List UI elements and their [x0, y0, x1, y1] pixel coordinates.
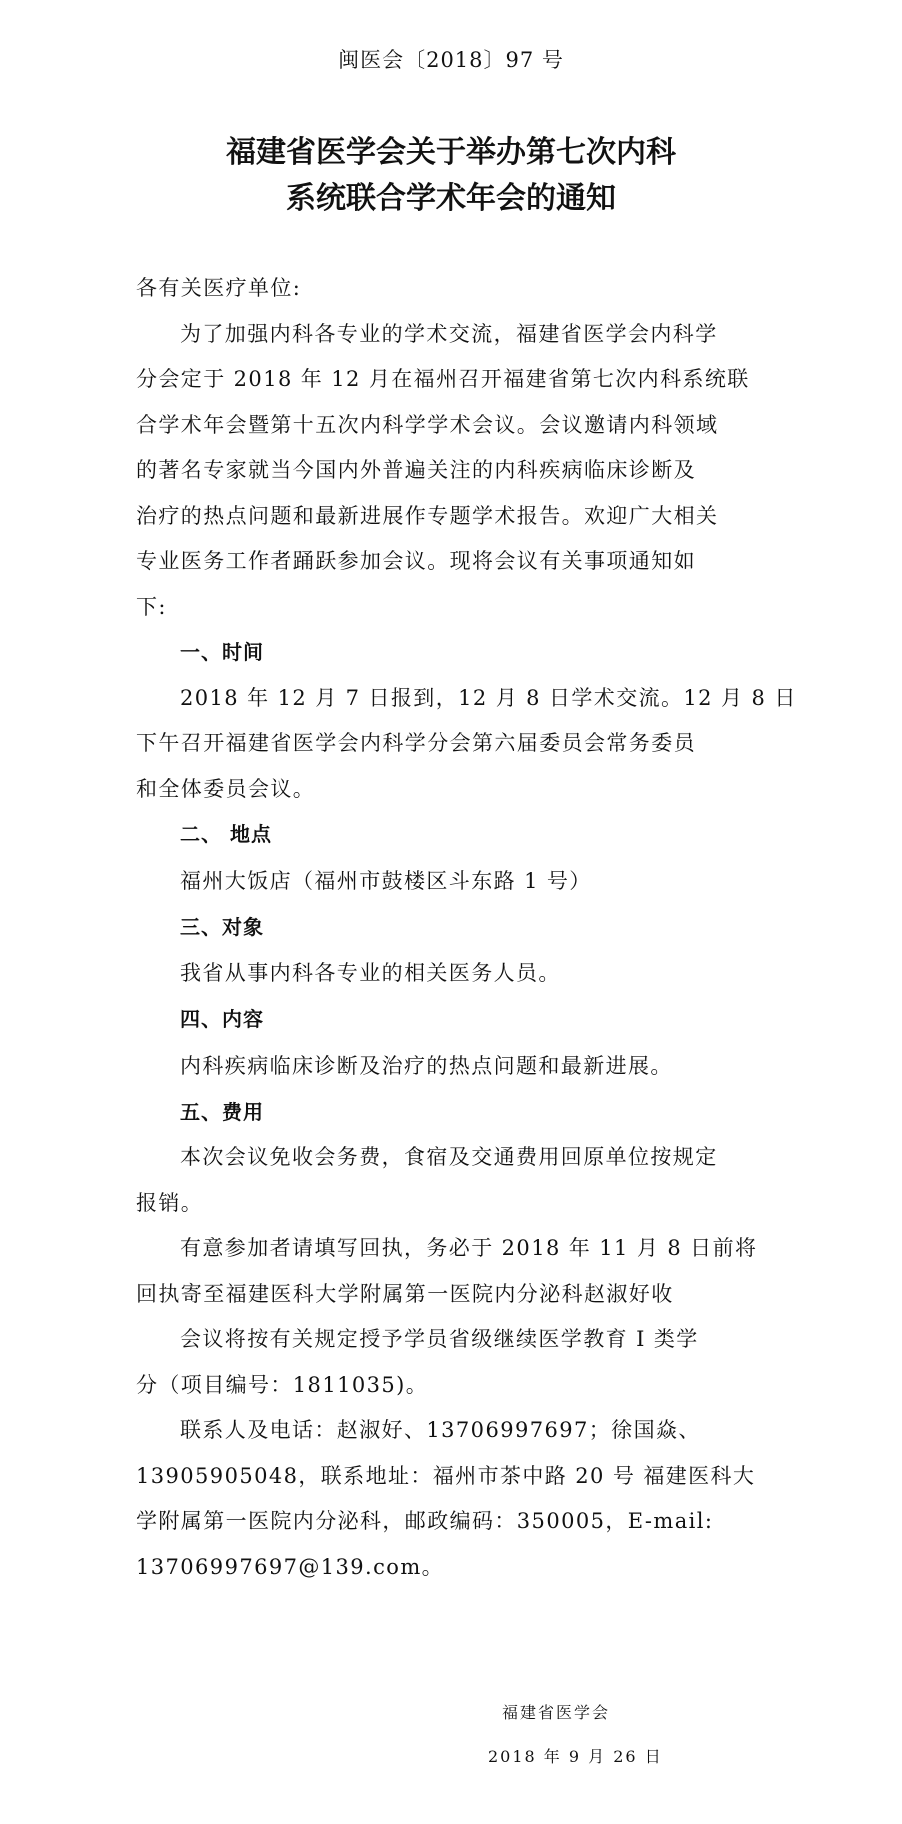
section-heading: 二、 地点	[136, 812, 776, 858]
intro-line: 分会定于 2018 年 12 月在福州召开福建省第七次内科系统联	[136, 357, 776, 403]
intro-line: 下:	[136, 585, 776, 631]
section-line: 福州大饭店（福州市鼓楼区斗东路 1 号）	[136, 858, 776, 905]
document-title: 福建省医学会关于举办第七次内科 系统联合学术年会的通知	[0, 130, 902, 222]
document-body: 各有关医疗单位: 为了加强内科各专业的学术交流，福建省医学会内科学 分会定于 2…	[136, 266, 776, 1590]
intro-paragraph: 为了加强内科各专业的学术交流，福建省医学会内科学 分会定于 2018 年 12 …	[136, 312, 776, 631]
section-line: 报销。	[136, 1181, 776, 1227]
section-line: 2018 年 12 月 7 日报到，12 月 8 日学术交流。12 月 8 日	[136, 676, 776, 722]
signature-organization: 福建省医学会	[502, 1700, 610, 1723]
signature-date: 2018 年 9 月 26 日	[488, 1744, 663, 1767]
reply-line: 有意参加者请填写回执，务必于 2018 年 11 月 8 日前将	[136, 1226, 776, 1272]
contact-line: 13905905048，联系地址：福州市茶中路 20 号 福建医科大	[136, 1454, 776, 1500]
section-heading: 一、时间	[136, 630, 776, 676]
section-line: 我省从事内科各专业的相关医务人员。	[136, 950, 776, 997]
section-heading: 四、内容	[136, 997, 776, 1043]
section-line: 内科疾病临床诊断及治疗的热点问题和最新进展。	[136, 1043, 776, 1090]
section-location: 二、 地点 福州大饭店（福州市鼓楼区斗东路 1 号）	[136, 812, 776, 905]
document-number: 闽医会〔2018〕97 号	[0, 44, 902, 74]
credit-line: 分（项目编号：1811035)。	[136, 1363, 776, 1409]
section-line: 和全体委员会议。	[136, 767, 776, 813]
intro-line: 为了加强内科各专业的学术交流，福建省医学会内科学	[136, 312, 776, 358]
intro-line: 的著名专家就当今国内外普遍关注的内科疾病临床诊断及	[136, 448, 776, 494]
section-line: 下午召开福建省医学会内科学分会第六届委员会常务委员	[136, 721, 776, 767]
intro-line: 治疗的热点问题和最新进展作专题学术报告。欢迎广大相关	[136, 494, 776, 540]
title-line-1: 福建省医学会关于举办第七次内科	[0, 130, 902, 176]
section-content: 四、内容 内科疾病临床诊断及治疗的热点问题和最新进展。	[136, 997, 776, 1090]
reply-paragraph: 有意参加者请填写回执，务必于 2018 年 11 月 8 日前将 回执寄至福建医…	[136, 1226, 776, 1317]
section-audience: 三、对象 我省从事内科各专业的相关医务人员。	[136, 905, 776, 998]
salutation: 各有关医疗单位:	[136, 266, 776, 312]
credit-line: 会议将按有关规定授予学员省级继续医学教育 I 类学	[136, 1317, 776, 1363]
notice-document: 闽医会〔2018〕97 号 福建省医学会关于举办第七次内科 系统联合学术年会的通…	[0, 0, 902, 1824]
contact-line: 学附属第一医院内分泌科，邮政编码：350005，E-mail:	[136, 1499, 776, 1545]
contact-line: 联系人及电话：赵淑好、13706997697；徐国焱、	[136, 1408, 776, 1454]
credit-paragraph: 会议将按有关规定授予学员省级继续医学教育 I 类学 分（项目编号：1811035…	[136, 1317, 776, 1408]
intro-line: 专业医务工作者踊跃参加会议。现将会议有关事项通知如	[136, 539, 776, 585]
reply-line: 回执寄至福建医科大学附属第一医院内分泌科赵淑好收	[136, 1272, 776, 1318]
title-line-2: 系统联合学术年会的通知	[0, 176, 902, 222]
section-line: 本次会议免收会务费，食宿及交通费用回原单位按规定	[136, 1135, 776, 1181]
section-fees: 五、费用 本次会议免收会务费，食宿及交通费用回原单位按规定 报销。	[136, 1090, 776, 1227]
contact-email-line: 13706997697@139.com。	[136, 1545, 776, 1591]
section-heading: 五、费用	[136, 1090, 776, 1136]
section-heading: 三、对象	[136, 905, 776, 951]
intro-line: 合学术年会暨第十五次内科学学术会议。会议邀请内科领域	[136, 403, 776, 449]
contact-paragraph: 联系人及电话：赵淑好、13706997697；徐国焱、 13905905048，…	[136, 1408, 776, 1590]
section-time: 一、时间 2018 年 12 月 7 日报到，12 月 8 日学术交流。12 月…	[136, 630, 776, 812]
